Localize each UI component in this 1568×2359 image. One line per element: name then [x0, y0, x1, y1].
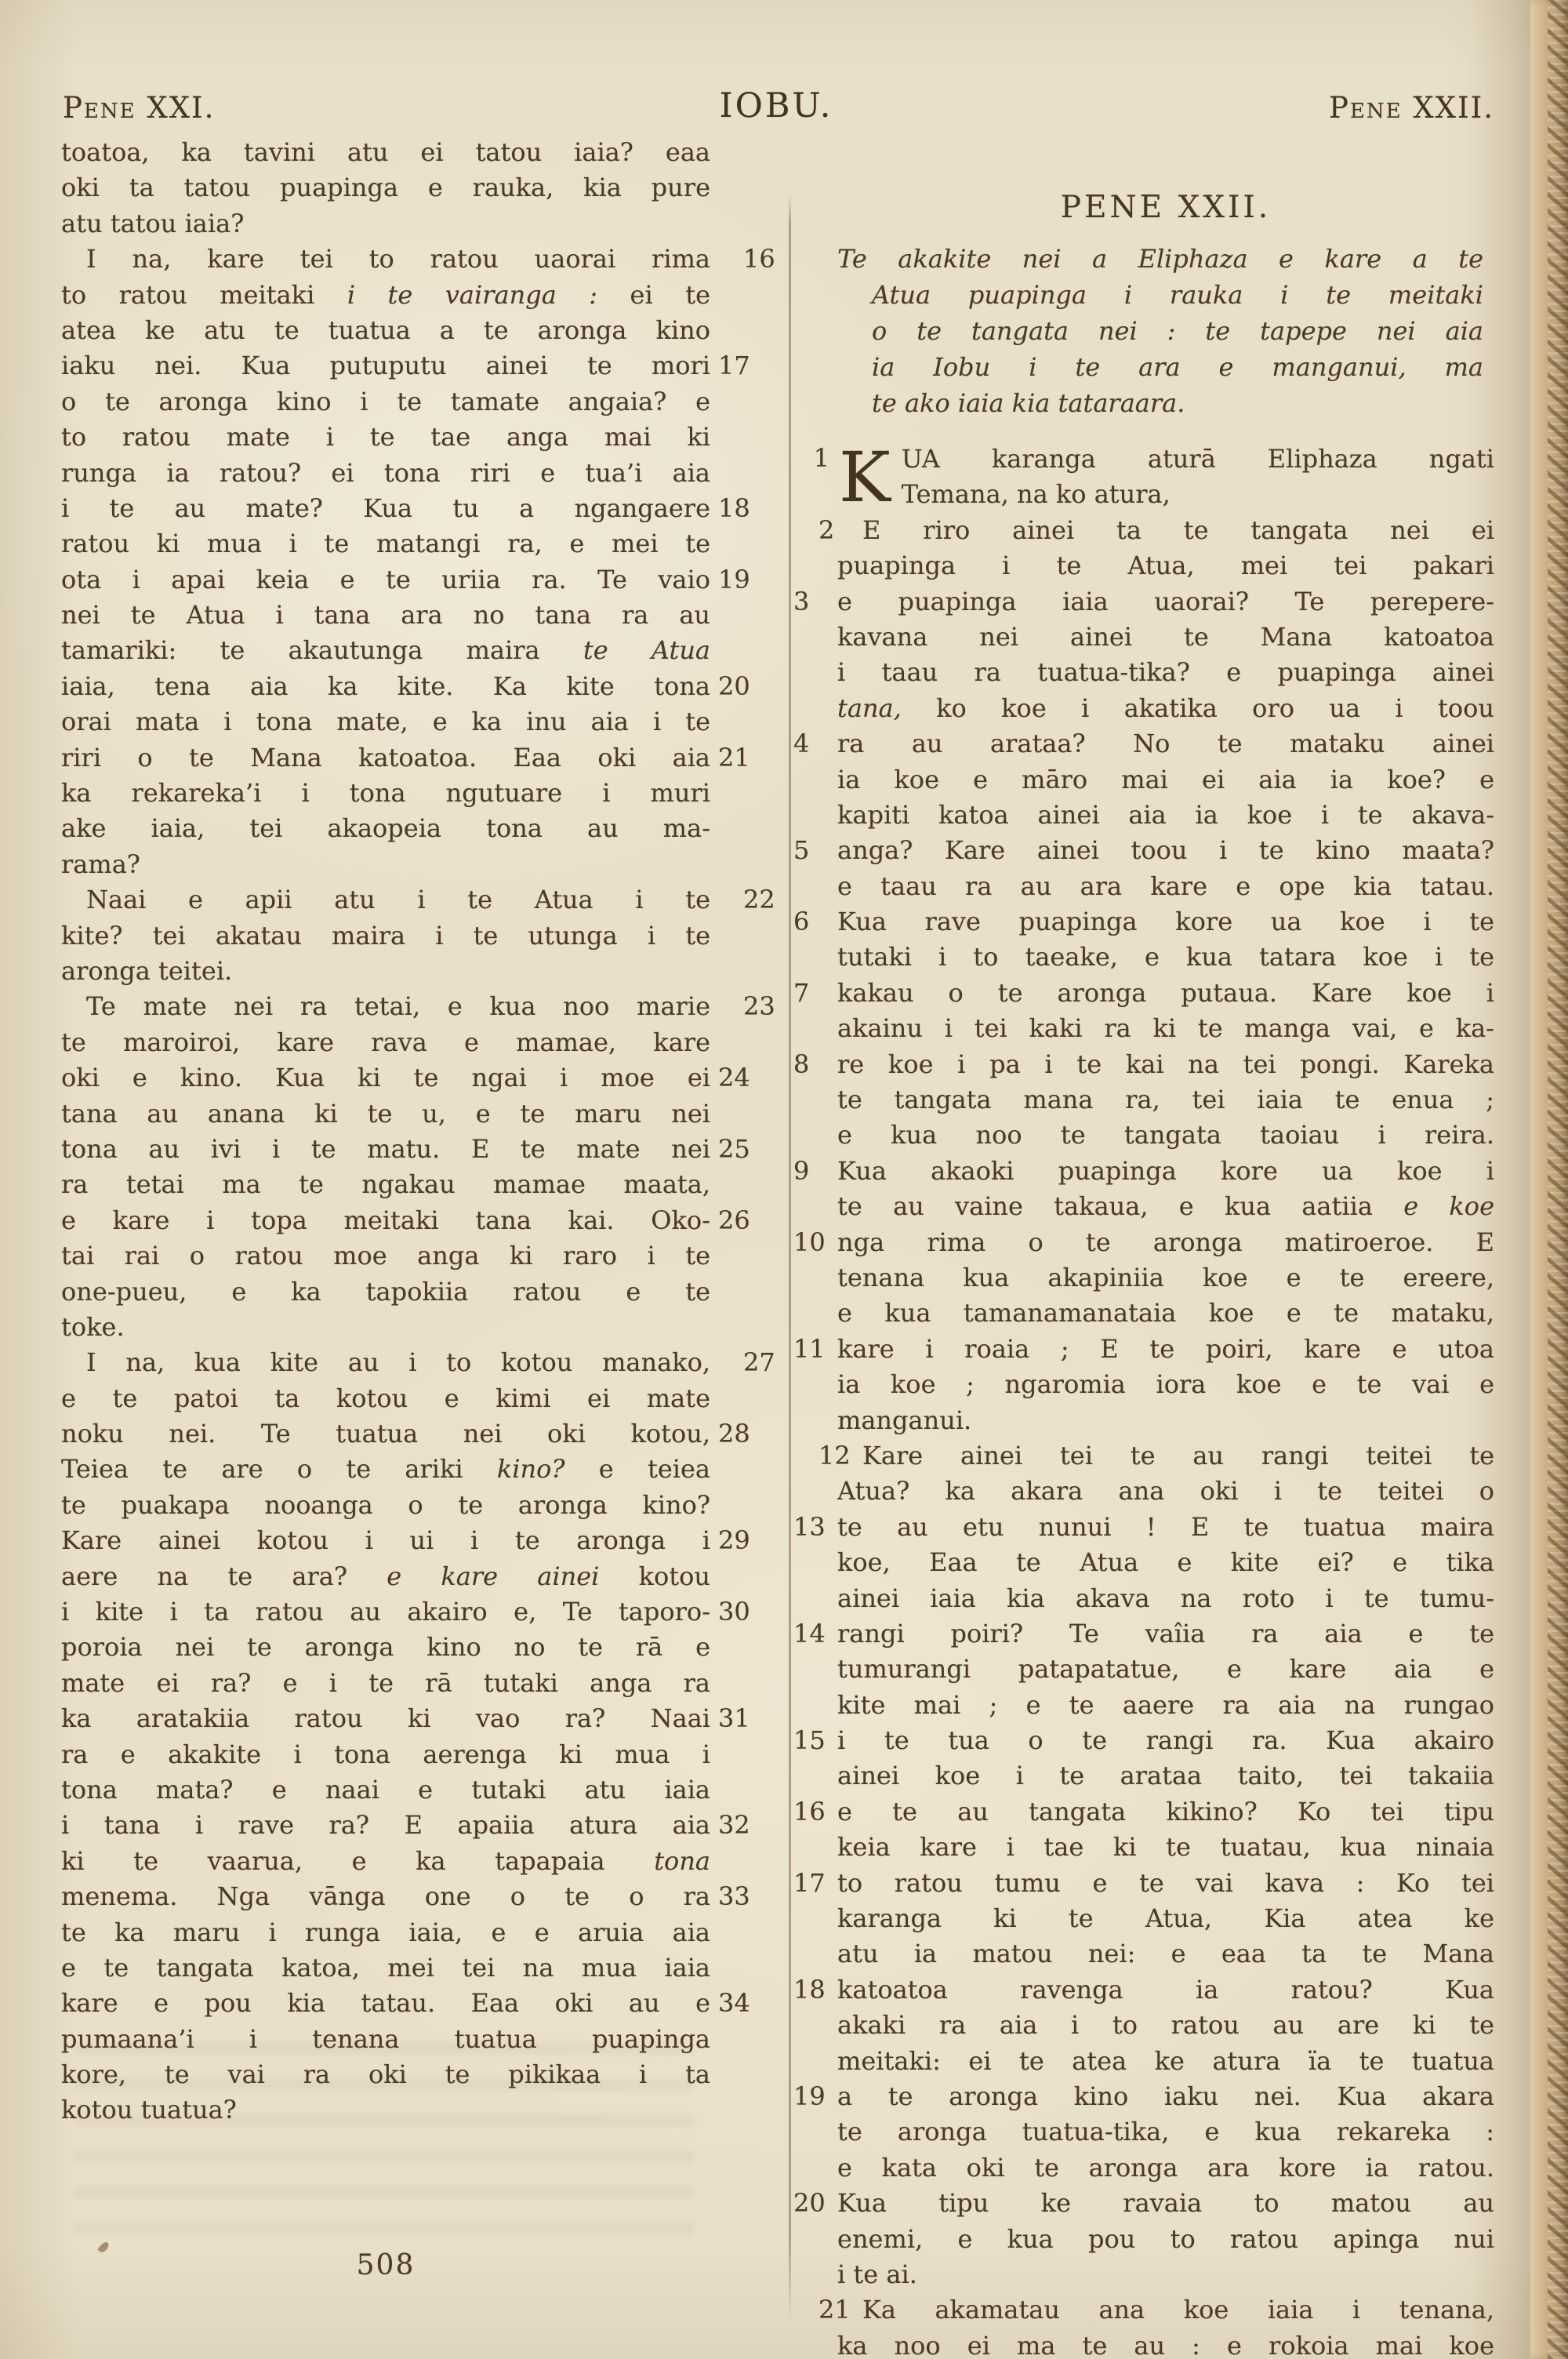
text-line: ainei koe i te arataa taito, tei takaiia [837, 1758, 1494, 1794]
text-line: te au vaine takaua, e kua aatiia e koe [837, 1189, 1494, 1224]
text-line: tamariki: te akautunga maira te Atua [61, 633, 710, 668]
text-line: te maroiroi, kare rava e mamae, kare [61, 1025, 710, 1060]
text-line: e kare i topa meitaki tana kai. Oko-26 [61, 1203, 710, 1238]
text-line: Kare ainei kotou i ui i te aronga i29 [61, 1523, 710, 1558]
verse-number: 22 [718, 882, 768, 918]
text-line: to ratou tumu e te vai kava : Ko tei17 [837, 1866, 1494, 1901]
text-line: kare i roaia ; E te poiri, kare e utoa11 [837, 1332, 1494, 1367]
text-line: rangi poiri? Te vaîia ra aia e te14 [837, 1616, 1494, 1652]
verse-number: 15 [793, 1723, 829, 1758]
text-line: atu tatou iaia? [61, 206, 710, 242]
verse-number: 20 [793, 2186, 829, 2221]
summary-line: te ako iaia kia tataraara. [837, 385, 1483, 421]
verse-number: 9 [793, 1154, 829, 1189]
text-line: manganui. [837, 1403, 1494, 1438]
text-line: Teiea te are o te ariki kino? e teiea [61, 1452, 710, 1487]
text-line: UA karanga aturā Eliphaza ngati [837, 442, 1494, 477]
verse-number: 29 [718, 1523, 768, 1558]
summary-line: ia Iobu i te ara e manganui, ma [837, 349, 1483, 385]
verse-number: 18 [718, 491, 768, 526]
verse-number: 19 [793, 2079, 829, 2114]
verse-number: 21 [718, 740, 768, 776]
verse-number: 17 [793, 1866, 829, 1901]
text-line: iaku nei. Kua putuputu ainei te mori17 [61, 348, 710, 383]
text-line: te au etu nunui ! E te tuatua maira13 [837, 1510, 1494, 1545]
verse-number: 8 [793, 1047, 829, 1082]
text-line: e kua noo te tangata taoiau i reira. [837, 1118, 1494, 1153]
text-line: ra au arataa? No te mataku ainei4 [837, 726, 1494, 761]
right-text-column: PENE XXII. Te akakite nei a Eliphaza e k… [837, 177, 1494, 2359]
text-line: menema. Nga vānga one o te o ra33 [61, 1879, 710, 1914]
text-line: e kua tamanamanataia koe e te mataku, [837, 1296, 1494, 1331]
text-line: akaki ra aia i to ratou au are ki te [837, 2008, 1494, 2043]
verse-number: 2 [793, 513, 829, 548]
verse-number: 23 [718, 989, 768, 1024]
text-line: ota i apai keia e te uriia ra. Te vaio19 [61, 562, 710, 598]
verse-lines: E riro ainei ta te tangata nei ei2puapin… [837, 513, 1494, 2359]
verse-number: 4 [793, 726, 829, 761]
verse-number: 33 [718, 1879, 768, 1914]
page-curve-shadow [1468, 0, 1530, 2359]
text-line: orai mata i tona mate, e ka inu aia i te [61, 704, 710, 740]
text-line: tona mata? e naai e tutaki atu iaia [61, 1772, 710, 1808]
text-line: tana au anana ki te u, e te maru nei [61, 1096, 710, 1132]
verse-number: 25 [718, 1132, 768, 1167]
page-number: 508 [61, 2249, 710, 2281]
verse-number: 11 [793, 1332, 829, 1367]
text-line: rama? [61, 847, 710, 882]
running-head-book-title: IOBU. [698, 86, 855, 125]
text-line: iaia, tena aia ka kite. Ka kite tona20 [61, 669, 710, 704]
text-line: te tangata mana ra, tei iaia te enua ; [837, 1082, 1494, 1118]
verse-number: 24 [718, 1060, 768, 1096]
verse-number: 16 [793, 1794, 829, 1830]
verse-number: 7 [793, 976, 829, 1011]
text-line: Kare ainei tei te au rangi teitei te12 [837, 1438, 1494, 1474]
text-line: kapiti katoa ainei aia ia koe i te akava… [837, 798, 1494, 833]
verse-number: 13 [793, 1510, 829, 1545]
text-line: ra tetai ma te ngakau mamae maata, [61, 1167, 710, 1202]
text-line: te puakapa nooanga o te aronga kino? [61, 1488, 710, 1523]
verse-number: 6 [793, 904, 829, 940]
summary-line: Te akakite nei a Eliphaza e kare a te [837, 241, 1483, 277]
text-line: e te patoi ta kotou e kimi ei mate [61, 1381, 710, 1416]
text-line: ki te vaarua, e ka tapapaia tona [61, 1844, 710, 1879]
text-line: Temana, na ko atura, [837, 477, 1494, 512]
verse-number: 17 [718, 348, 768, 383]
text-line: puapinga i te Atua, mei tei pakari [837, 548, 1494, 583]
text-line: I na, kare tei to ratou uaorai rima16 [61, 242, 710, 277]
text-line: karanga ki te Atua, Kia atea ke [837, 1901, 1494, 1936]
text-line: one-pueu, e ka tapokiia ratou e te [61, 1274, 710, 1310]
text-line: re koe i pa i te kai na tei pongi. Karek… [837, 1047, 1494, 1082]
text-line: kavana nei ainei te Mana katoatoa [837, 620, 1494, 655]
text-line: koe, Eaa te Atua e kite ei? e tika [837, 1545, 1494, 1580]
text-line: atu ia matou nei: e eaa ta te Mana [837, 1936, 1494, 1972]
running-head-left-chapter: Pene XXI. [63, 91, 215, 125]
text-line: Kua tipu ke ravaia to matou au20 [837, 2186, 1494, 2221]
verse-number: 21 [793, 2292, 829, 2328]
text-line: noku nei. Te tuatua nei oki kotou,28 [61, 1416, 710, 1452]
text-line: tutaki i to taeake, e kua tatara koe i t… [837, 940, 1494, 975]
verse-number: 32 [718, 1808, 768, 1843]
verse-number: 28 [718, 1416, 768, 1452]
text-line: kite? tei akatau maira i te utunga i te [61, 918, 710, 954]
show-through-ghost-text [74, 2039, 694, 2235]
text-line: enemi, e kua pou to ratou apinga nui [837, 2222, 1494, 2257]
text-line: Naai e apii atu i te Atua i te22 [61, 882, 710, 918]
facing-page-edge [1530, 0, 1568, 2359]
text-line: te aronga tuatua-tika, e kua rekareka : [837, 2114, 1494, 2150]
text-line: ka rekareka’i i tona ngutuare i muri [61, 776, 710, 811]
text-line: nga rima o te aronga matiroeroe. E10 [837, 1225, 1494, 1260]
verse-number: 1 [793, 443, 829, 473]
text-line: ainei iaia kia akava na roto i te tumu- [837, 1581, 1494, 1616]
chapter-heading: PENE XXII. [837, 190, 1494, 225]
text-line: tumurangi patapatatue, e kare aia e [837, 1652, 1494, 1687]
verse-number: 30 [718, 1594, 768, 1630]
text-line: ia koe ; ngaromia iora koe e te vai e [837, 1367, 1494, 1402]
text-line: ra e akakite i tona aerenga ki mua i [61, 1737, 710, 1772]
summary-line: o te tangata nei : te tapepe nei aia [837, 313, 1483, 349]
verse-number: 5 [793, 833, 829, 868]
text-line: e te au tangata kikino? Ko tei tipu16 [837, 1794, 1494, 1830]
text-line: i kite i ta ratou au akairo e, Te taporo… [61, 1594, 710, 1630]
text-line: oki ta tatou puapinga e rauka, kia pure [61, 170, 710, 205]
running-head-right-chapter: Pene XXII. [1207, 91, 1494, 125]
text-line: e kata oki te aronga ara kore ia ratou. [837, 2150, 1494, 2186]
text-line: ratou ki mua i te matangi ra, e mei te [61, 526, 710, 562]
text-line: ake iaia, tei akaopeia tona au ma- [61, 811, 710, 846]
verse-number: 12 [793, 1438, 829, 1474]
text-line: ka noo ei ma te au : e rokoia mai koe [837, 2328, 1494, 2359]
text-line: to ratou mate i te tae anga mai ki [61, 420, 710, 455]
text-line: e puapinga iaia uaorai? Te perepere-3 [837, 584, 1494, 620]
text-line: poroia nei te aronga kino no te rā e [61, 1630, 710, 1665]
verse-number: 27 [718, 1345, 768, 1380]
text-line: E riro ainei ta te tangata nei ei2 [837, 513, 1494, 548]
text-line: e te tangata katoa, mei tei na mua iaia [61, 1950, 710, 1986]
text-line: to ratou meitaki i te vairanga : ei te [61, 278, 710, 313]
verse-number: 34 [718, 1986, 768, 2021]
text-line: ka aratakiia ratou ki vao ra? Naai31 [61, 1701, 710, 1736]
verse-number: 20 [718, 669, 768, 704]
text-line: te ka maru i runga iaia, e e aruia aia [61, 1915, 710, 1950]
text-line: Kua akaoki puapinga kore ua koe i9 [837, 1154, 1494, 1189]
text-line: aere na te ara? e kare ainei kotou [61, 1559, 710, 1594]
text-line: Kua rave puapinga kore ua koe i te6 [837, 904, 1494, 940]
text-line: e taau ra au ara kare e ope kia tatau. [837, 869, 1494, 904]
text-line: aronga teitei. [61, 954, 710, 989]
text-line: i te au mate? Kua tu a ngangaere18 [61, 491, 710, 526]
text-line: toatoa, ka tavini atu ei tatou iaia? eaa [61, 135, 710, 170]
text-line: tenana kua akapiniia koe e te ereere, [837, 1260, 1494, 1296]
verse-1-block: 1 K UA karanga aturā Eliphaza ngati Tema… [837, 442, 1494, 513]
text-line: tana, ko koe i akatika oro ua i toou [837, 691, 1494, 726]
text-line: kakau o te aronga putaua. Kare koe i7 [837, 976, 1494, 1011]
text-line: meitaki: ei te atea ke atura ïa te tuatu… [837, 2044, 1494, 2079]
text-line: kare e pou kia tatau. Eaa oki au e34 [61, 1986, 710, 2021]
book-page-scan: Pene XXI. IOBU. Pene XXII. toatoa, ka ta… [0, 0, 1568, 2359]
chapter-summary: Te akakite nei a Eliphaza e kare a teAtu… [837, 241, 1494, 421]
summary-line: Atua puapinga i rauka i te meitaki [837, 277, 1483, 313]
text-line: keia kare i tae ki te tuatau, kua ninaia [837, 1830, 1494, 1865]
text-line: runga ia ratou? ei tona riri e tua’i aia [61, 456, 710, 491]
text-line: atea ke atu te tuatua a te aronga kino [61, 313, 710, 348]
column-divider-rule [789, 194, 791, 2321]
text-line: oki e kino. Kua ki te ngai i moe ei24 [61, 1060, 710, 1096]
verse-number: 18 [793, 1972, 829, 2008]
text-line: katoatoa ravenga ia ratou? Kua18 [837, 1972, 1494, 2008]
text-line: tona au ivi i te matu. E te mate nei25 [61, 1132, 710, 1167]
verse-number: 3 [793, 584, 829, 620]
text-line: a te aronga kino iaku nei. Kua akara19 [837, 2079, 1494, 2114]
verse-number: 14 [793, 1616, 829, 1652]
text-line: mate ei ra? e i te rā tutaki anga ra [61, 1666, 710, 1701]
verse-number: 31 [718, 1701, 768, 1736]
text-line: i te ai. [837, 2257, 1494, 2292]
text-line: I na, kua kite au i to kotou manako,27 [61, 1345, 710, 1380]
text-line: Te mate nei ra tetai, e kua noo marie23 [61, 989, 710, 1024]
verse-number: 16 [718, 242, 768, 277]
text-line: kite mai ; e te aaere ra aia na rungao [837, 1688, 1494, 1723]
text-line: Atua? ka akara ana oki i te teitei o [837, 1474, 1494, 1509]
text-line: ia koe e māro mai ei aia ia koe? e [837, 762, 1494, 798]
verse-number: 10 [793, 1225, 829, 1260]
text-line: toke. [61, 1310, 710, 1345]
text-line: i tana i rave ra? E apaiia atura aia32 [61, 1808, 710, 1843]
left-text-column: toatoa, ka tavini atu ei tatou iaia? eaa… [61, 135, 710, 2128]
verse-number: 26 [718, 1203, 768, 1238]
text-line: i te tua o te rangi ra. Kua akairo15 [837, 1723, 1494, 1758]
text-line: Ka akamatau ana koe iaia i tenana,21 [837, 2292, 1494, 2328]
text-line: i taau ra tuatua-tika? e puapinga ainei [837, 655, 1494, 690]
verse-number: 19 [718, 562, 768, 598]
text-line: tai rai o ratou moe anga ki raro i te [61, 1238, 710, 1274]
text-line: o te aronga kino i te tamate angaia? e [61, 384, 710, 420]
text-line: riri o te Mana katoatoa. Eaa oki aia21 [61, 740, 710, 776]
text-line: akainu i tei kaki ra ki te manga vai, e … [837, 1011, 1494, 1046]
text-line: nei te Atua i tana ara no tana ra au [61, 598, 710, 633]
text-line: anga? Kare ainei toou i te kino maata?5 [837, 833, 1494, 868]
